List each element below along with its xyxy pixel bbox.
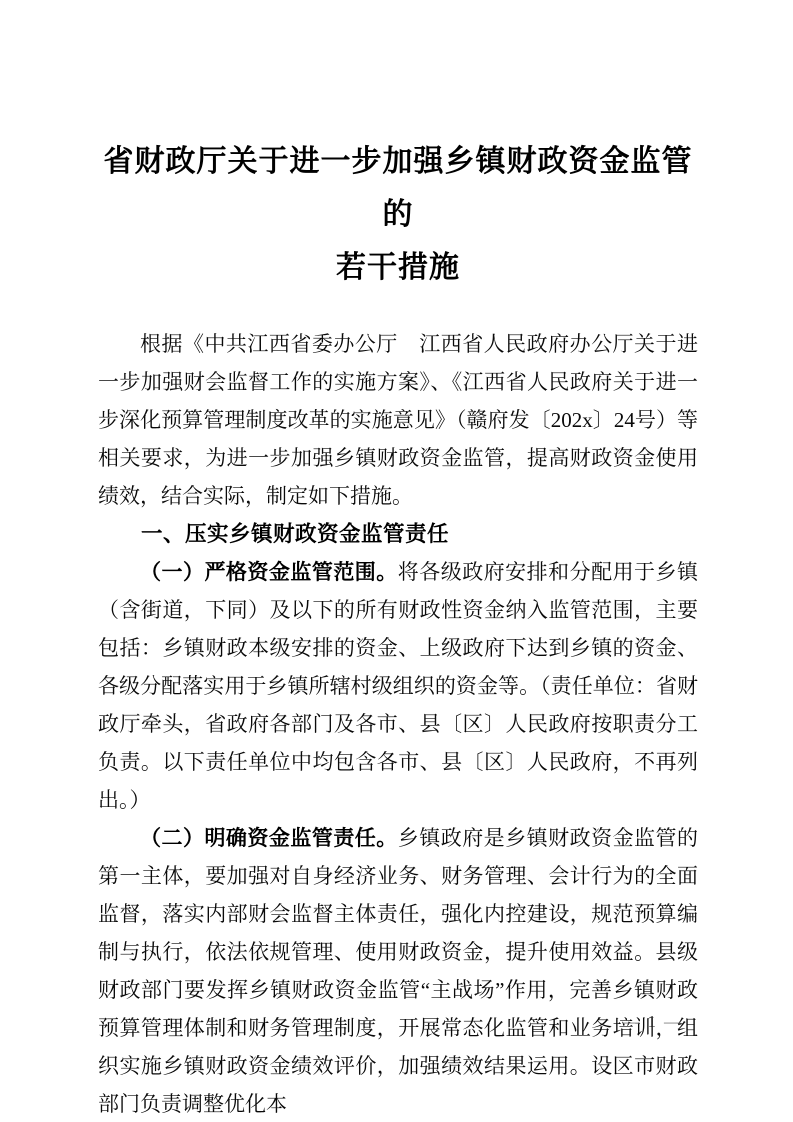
section-1-item-1-lead: （一）严格资金监管范围。 [140,560,398,584]
section-1-item-2-paragraph: （二）明确资金监管责任。乡镇政府是乡镇财政资金监管的第一主体，要加强对自身经济业… [98,819,698,1122]
section-1-item-1-text: 将各级政府安排和分配用于乡镇（含街道，下同）及以下的所有财政性资金纳入监管范围，… [98,560,698,812]
page-number-right-dash: — [664,1012,683,1031]
page-number-left-dash: — [623,1012,642,1031]
section-1-item-2-text: 乡镇政府是乡镇财政资金监管的第一主体，要加强对自身经济业务、财务管理、会计行为的… [98,826,698,1116]
document-title-line-1: 省财政厅关于进一步加强乡镇财政资金监管的 [98,135,698,241]
intro-paragraph: 根据《中共江西省委办公厅 江西省人民政府办公厅关于进一步加强财会监督工作的实施方… [98,325,698,515]
section-1-item-2-lead: （二）明确资金监管责任。 [140,826,398,850]
document-body: 根据《中共江西省委办公厅 江西省人民政府办公厅关于进一步加强财会监督工作的实施方… [98,325,698,1122]
document-page: 省财政厅关于进一步加强乡镇财政资金监管的 若干措施 根据《中共江西省委办公厅 江… [0,0,793,1122]
document-title-line-2: 若干措施 [98,241,698,294]
section-1-heading: 一、压实乡镇财政资金监管责任 [98,515,698,553]
page-number: —1— [623,1008,684,1036]
document-title: 省财政厅关于进一步加强乡镇财政资金监管的 若干措施 [98,135,698,294]
section-1-item-1-paragraph: （一）严格资金监管范围。将各级政府安排和分配用于乡镇（含街道，下同）及以下的所有… [98,553,698,819]
page-number-value: 1 [642,1012,665,1031]
